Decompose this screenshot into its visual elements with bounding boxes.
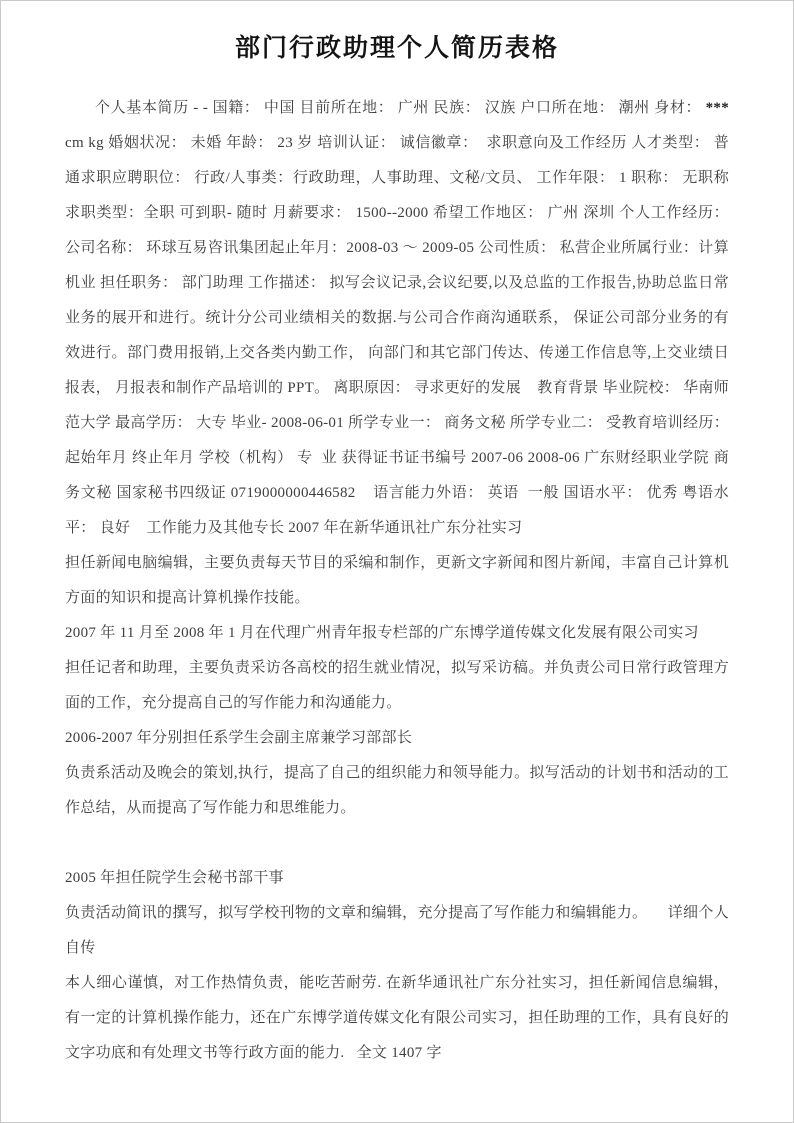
paragraph-reporter-assistant-duty: 担任记者和助理，主要负责采访各高校的招生就业情况，拟写采访稿。并负责公司日常行政… <box>65 651 729 721</box>
document-page: 部门行政助理个人简历表格 个人基本简历 - - 国籍： 中国 目前所在地： 广州… <box>0 0 794 1123</box>
paragraph-self-introduction: 本人细心谨慎，对工作热情负责，能吃苦耐劳. 在新华通讯社广东分社实习，担任新闻信… <box>65 966 729 1071</box>
basic-info-text-start: 个人基本简历 - - 国籍： 中国 目前所在地： 广州 民族： 汉族 户口所在地… <box>95 100 706 116</box>
basic-info-text-rest: cm kg 婚姻状况： 未婚 年龄： 23 岁 培训认证： 诚信徽章： 求职意向… <box>65 100 733 536</box>
document-body: 个人基本简历 - - 国籍： 中国 目前所在地： 广州 民族： 汉族 户口所在地… <box>65 91 729 1071</box>
paragraph-basic-info: 个人基本简历 - - 国籍： 中国 目前所在地： 广州 民族： 汉族 户口所在地… <box>65 91 729 546</box>
paragraph-news-editor-duty: 担任新闻电脑编辑，主要负责每天节目的采编和制作，更新文字新闻和图片新闻，丰富自己… <box>65 546 729 616</box>
paragraph-activity-planning-duty: 负责系活动及晚会的策划,执行，提高了自己的组织能力和领导能力。拟写活动的计划书和… <box>65 756 729 826</box>
paragraph-newsletter-writing: 负责活动简讯的撰写，拟写学校刊物的文章和编辑，充分提高了写作能力和编辑能力。 详… <box>65 896 729 966</box>
document-title: 部门行政助理个人简历表格 <box>65 29 729 67</box>
paragraph-2005-secretary: 2005 年担任院学生会秘书部干事 <box>65 861 729 896</box>
masked-height-value: *** <box>706 100 729 116</box>
paragraph-blank-line <box>65 826 729 861</box>
paragraph-2007-internship: 2007 年 11 月至 2008 年 1 月在代理广州青年报专栏部的广东博学道… <box>65 616 729 651</box>
paragraph-2006-2007-student-union: 2006-2007 年分别担任系学生会副主席兼学习部部长 <box>65 721 729 756</box>
